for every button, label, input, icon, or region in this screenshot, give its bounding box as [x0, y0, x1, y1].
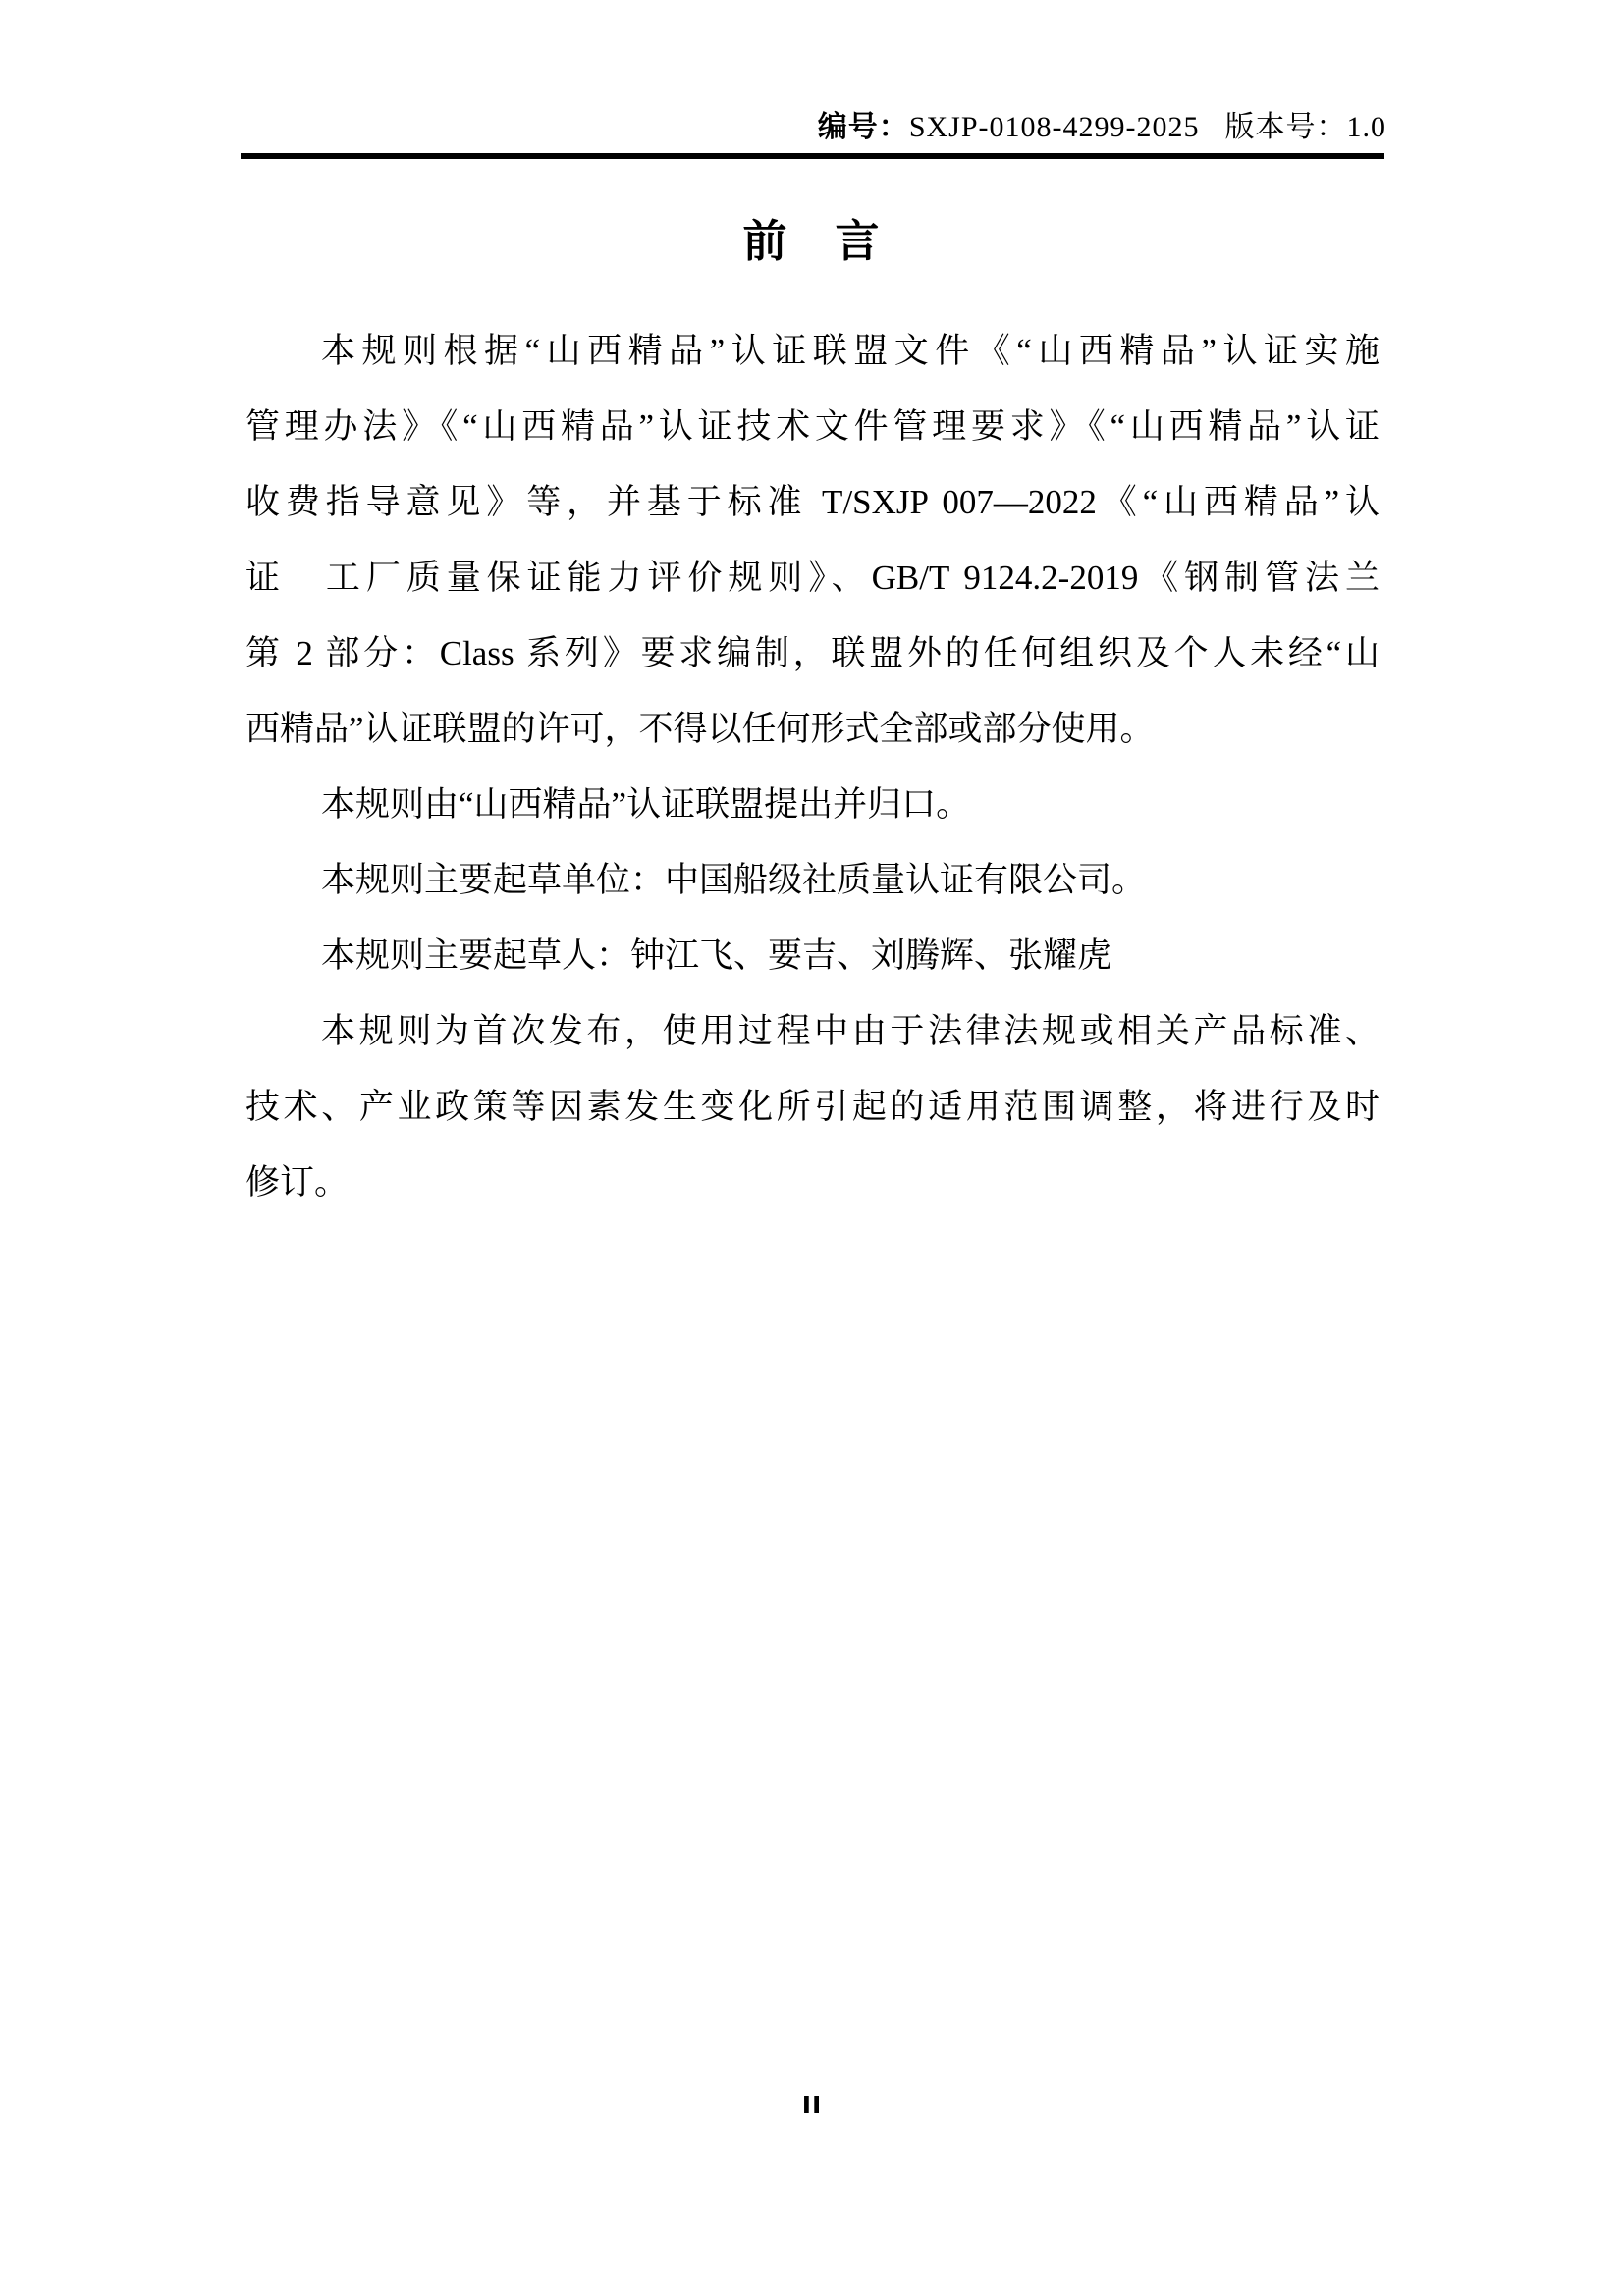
- version-label: 版本号：: [1225, 111, 1347, 143]
- document-page: 编号：SXJP-0108-4299-2025版本号：1.0 前 言 本规则根据“…: [0, 0, 1624, 2296]
- doc-number-value: SXJP-0108-4299-2025: [909, 111, 1200, 143]
- paragraph-line: 本规则为首次发布，使用过程中由于法律法规或相关产品标准、: [245, 993, 1380, 1069]
- paragraph-line: 本规则由“山西精品”认证联盟提出并归口。: [245, 767, 1380, 842]
- paragraph: 本规则根据“山西精品”认证联盟文件《“山西精品”认证实施管理办法》《“山西精品”…: [245, 313, 1380, 767]
- document-header: 编号：SXJP-0108-4299-2025版本号：1.0: [818, 111, 1386, 144]
- paragraph: 本规则为首次发布，使用过程中由于法律法规或相关产品标准、技术、产业政策等因素发生…: [245, 993, 1380, 1220]
- paragraph-line: 收费指导意见》等，并基于标准 T/SXJP 007—2022《“山西精品”认: [245, 464, 1380, 540]
- paragraph-line: 技术、产业政策等因素发生变化所引起的适用范围调整，将进行及时: [245, 1069, 1380, 1145]
- document-footer: II: [0, 2091, 1624, 2119]
- doc-number-label: 编号：: [818, 111, 909, 143]
- paragraph-line: 管理办法》《“山西精品”认证技术文件管理要求》《“山西精品”认证: [245, 389, 1380, 464]
- page-title: 前 言: [0, 218, 1624, 267]
- header-rule: [241, 153, 1384, 159]
- paragraph: 本规则由“山西精品”认证联盟提出并归口。: [245, 767, 1380, 842]
- page-number: II: [802, 2091, 823, 2119]
- paragraph-line: 西精品”认证联盟的许可，不得以任何形式全部或部分使用。: [245, 691, 1380, 767]
- paragraph-line: 证 工厂质量保证能力评价规则》、GB/T 9124.2-2019《钢制管法兰: [245, 540, 1380, 615]
- paragraph-line: 本规则根据“山西精品”认证联盟文件《“山西精品”认证实施: [245, 313, 1380, 389]
- paragraph: 本规则主要起草人：钟江飞、要吉、刘腾辉、张耀虎: [245, 918, 1380, 993]
- paragraph-line: 第 2 部分：Class 系列》要求编制，联盟外的任何组织及个人未经“山: [245, 615, 1380, 691]
- paragraph-line: 本规则主要起草人：钟江飞、要吉、刘腾辉、张耀虎: [245, 918, 1380, 993]
- paragraph: 本规则主要起草单位：中国船级社质量认证有限公司。: [245, 842, 1380, 918]
- paragraph-line: 本规则主要起草单位：中国船级社质量认证有限公司。: [245, 842, 1380, 918]
- paragraph-line: 修订。: [245, 1145, 1380, 1220]
- foreword-body: 本规则根据“山西精品”认证联盟文件《“山西精品”认证实施管理办法》《“山西精品”…: [245, 313, 1380, 1220]
- version-value: 1.0: [1347, 111, 1387, 143]
